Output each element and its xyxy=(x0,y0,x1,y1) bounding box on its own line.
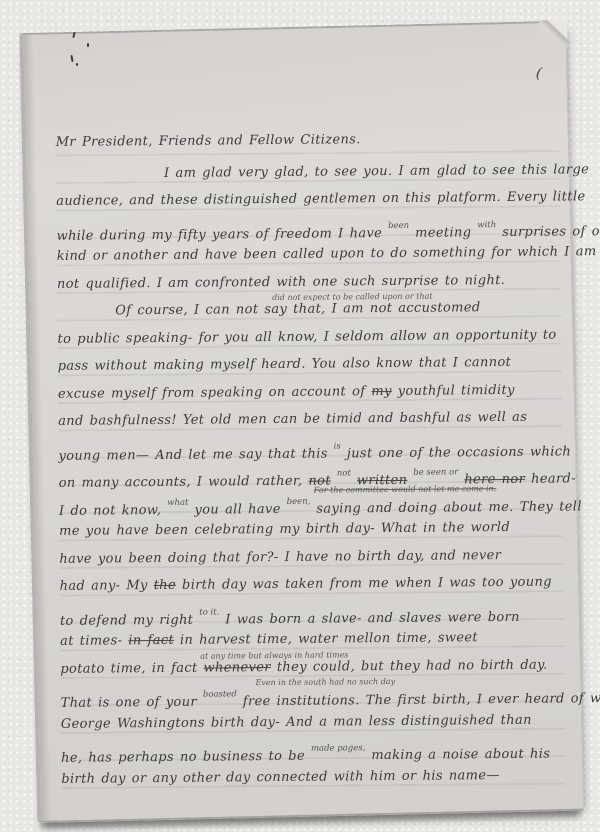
handwriting-text: had any- My xyxy=(60,578,148,594)
handwriting-text: youthful timidity xyxy=(398,382,515,398)
handwriting-text: heard- xyxy=(531,471,576,486)
interlinear-insertion: to it. xyxy=(199,607,219,617)
handwriting-text: free institutions. xyxy=(243,693,360,709)
handwriting-text: They tell xyxy=(520,499,582,515)
manuscript-line: while during my fifty years of freedom I… xyxy=(56,211,560,243)
salutation-line: Mr President, Friends and Fellow Citizen… xyxy=(56,124,560,156)
manuscript-line: I am glad very glad, to see you. I am gl… xyxy=(56,156,560,188)
manuscript-line: That is one of your boasted free institu… xyxy=(60,678,564,710)
text-block: Mr President, Friends and Fellow Citizen… xyxy=(29,26,578,817)
handwriting-text: surprises of one xyxy=(502,224,600,240)
handwriting-text: and bashfulness! Yet old men can be timi… xyxy=(58,410,527,429)
manuscript-line: I do not know, what you all have been, s… xyxy=(59,486,563,518)
interlinear-insertion: with xyxy=(477,220,496,230)
manuscript-line: George Washingtons birth day- And a man … xyxy=(61,706,565,738)
ink-speck xyxy=(76,63,78,66)
handwriting-text: I do not know, xyxy=(59,502,161,518)
handwriting-text: potato time, in fact xyxy=(60,660,197,676)
ink-speck xyxy=(87,43,89,47)
manuscript-line: to defend my right to it. I was born a s… xyxy=(60,596,564,628)
handwriting-text: have you been doing that for?- I have no… xyxy=(59,548,501,567)
manuscript-lines: Mr President, Friends and Fellow Citizen… xyxy=(56,124,566,792)
struck-text: my xyxy=(371,383,392,398)
struck-text: whenever xyxy=(203,660,270,676)
scanned-document: Mr President, Friends and Fellow Citizen… xyxy=(0,0,600,832)
interlinear-insertion-struck: For the committee would not let me come … xyxy=(314,484,497,496)
handwriting-text: to public speaking- for you all know, I … xyxy=(57,327,556,346)
manuscript-line: audience, and these distinguished gentle… xyxy=(56,183,560,215)
interlinear-insertion: Even in the south had no such day xyxy=(255,677,395,688)
interlinear-insertion: been xyxy=(388,220,409,230)
handwriting-text: pass without making myself heard. You al… xyxy=(58,355,512,374)
handwriting-text: at times- xyxy=(60,633,122,649)
manuscript-line: Of course, I can not did not expect to b… xyxy=(57,293,561,325)
handwriting-text: kind or another and have been called upo… xyxy=(57,244,597,264)
manuscript-line: excuse myself from speaking on account o… xyxy=(58,376,562,408)
manuscript-line: have you been doing that for?- I have no… xyxy=(59,541,563,573)
interlinear-insertion: is xyxy=(334,441,341,451)
manuscript-line: me you have been celebrating my birth da… xyxy=(59,513,563,545)
manuscript-line: young men— And let me say that this is j… xyxy=(58,431,562,463)
interlinear-insertion: not xyxy=(337,468,351,478)
interlinear-insertion: boasted xyxy=(203,689,237,699)
handwriting-text: you all have xyxy=(194,501,280,517)
manuscript-line: birth day or any other day connected wit… xyxy=(61,761,565,793)
interlinear-insertion: what xyxy=(167,497,188,507)
struck-text: in fact xyxy=(128,633,174,648)
handwriting-text: in harvest time, water mellon time, swee… xyxy=(180,630,478,648)
manuscript-line: had any- My the birth day was taken from… xyxy=(60,568,564,600)
handwriting-text: excuse myself from speaking on account o… xyxy=(58,384,366,402)
interlinear-insertion: did not expect to be called upon or that xyxy=(272,292,433,303)
manuscript-line: to public speaking- for you all know, I … xyxy=(57,321,561,353)
manuscript-line: kind or another and have been called upo… xyxy=(57,238,561,270)
interlinear-insertion: been, xyxy=(287,496,311,506)
manuscript-line: and bashfulness! Yet old men can be timi… xyxy=(58,403,562,435)
handwriting-text: Mr President, Friends and Fellow Citizen… xyxy=(56,132,361,150)
handwriting-text: George Washingtons birth day- And a man … xyxy=(61,712,532,731)
handwriting-text: birth day was taken from me when I was t… xyxy=(182,575,552,593)
handwriting-text: not qualified. I am confronted with one … xyxy=(57,272,505,291)
handwriting-text: I am glad very glad, to see you. I am gl… xyxy=(164,162,589,181)
interlinear-insertion: made pages, xyxy=(311,743,365,753)
handwriting-text: Of course, I can not xyxy=(115,302,258,318)
handwriting-text: meeting xyxy=(415,225,471,240)
interlinear-insertion: be seen or xyxy=(413,467,458,477)
manuscript-line: pass without making myself heard. You al… xyxy=(58,348,562,380)
handwriting-text: audience, and these distinguished gentle… xyxy=(56,189,585,209)
handwriting-text: me you have been celebrating my birth da… xyxy=(59,520,510,539)
manuscript-page: Mr President, Friends and Fellow Citizen… xyxy=(19,21,584,823)
struck-text: the xyxy=(154,578,176,593)
interlinear-insertion: at any time but always in hard times xyxy=(200,650,348,661)
manuscript-line: he, has perhaps no business to be made p… xyxy=(61,733,565,765)
handwriting-text: The first birth, I ever heard of was xyxy=(366,691,600,708)
handwriting-text: birth day or any other day connected wit… xyxy=(61,768,500,787)
